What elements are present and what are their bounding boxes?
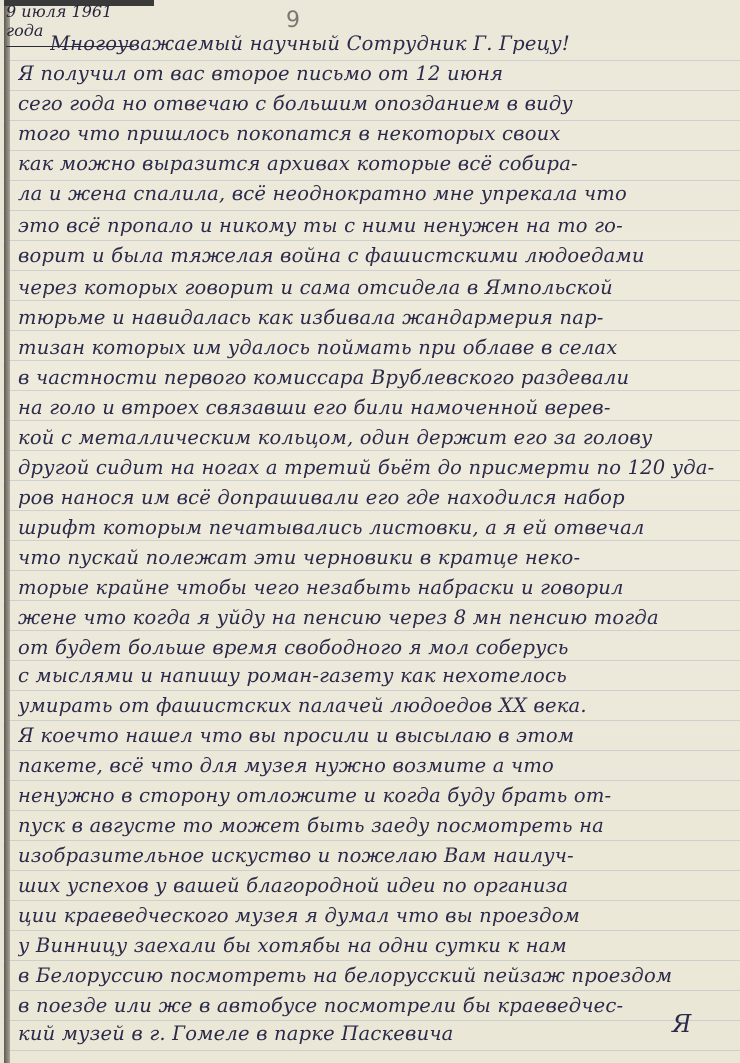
ruled-line xyxy=(4,960,740,961)
handwritten-line: с мыслями и напишу роман-газету как нехо… xyxy=(18,664,734,687)
letter-page: 9 июля 1961 года 9 Многоуважаемый научны… xyxy=(4,0,740,1063)
ruled-line xyxy=(4,300,740,301)
ruled-line xyxy=(4,480,740,481)
ruled-line xyxy=(4,930,740,931)
handwritten-line: тизан которых им удалось поймать при обл… xyxy=(18,336,734,359)
handwritten-line: в частности первого комиссара Врублевско… xyxy=(18,366,734,389)
handwritten-line: сего года но отвечаю с большим опоздание… xyxy=(18,92,734,115)
handwritten-line: ла и жена спалила, всё неоднократно мне … xyxy=(18,182,734,205)
ruled-line xyxy=(4,840,740,841)
handwritten-line: кий музей в г. Гомеле в парке Паскевича xyxy=(18,1022,734,1045)
ruled-line xyxy=(4,750,740,751)
handwritten-line: ших успехов у вашей благородной идеи по … xyxy=(18,874,734,897)
handwritten-line: в поезде или же в автобусе посмотрели бы… xyxy=(18,994,734,1017)
ruled-line xyxy=(4,150,740,151)
ruled-line xyxy=(4,1020,740,1021)
ruled-line xyxy=(4,450,740,451)
ruled-line xyxy=(4,240,740,241)
handwritten-line: жене что когда я уйду на пенсию через 8 … xyxy=(18,606,734,629)
ruled-line xyxy=(4,60,740,61)
ruled-line xyxy=(4,120,740,121)
handwritten-line: на голо и втроех связавши его били намоч… xyxy=(18,396,734,419)
ruled-line xyxy=(4,720,740,721)
handwritten-line: умирать от фашистских палачей людоедов X… xyxy=(18,694,734,717)
ruled-line xyxy=(4,360,740,361)
ruled-line xyxy=(4,390,740,391)
handwritten-line: что пускай полежат эти черновики в кратц… xyxy=(18,546,734,569)
handwritten-line: торые крайне чтобы чего незабыть набраск… xyxy=(18,576,734,599)
ruled-line xyxy=(4,1050,740,1051)
signature: Я xyxy=(672,1010,691,1038)
handwritten-line: у Винницу заехали бы хотябы на одни сутк… xyxy=(18,934,734,957)
handwritten-line: пакете, всё что для музея нужно возмите … xyxy=(18,754,734,777)
page-edge-shadow xyxy=(4,0,10,1063)
handwritten-line: это всё пропало и никому ты с ними ненуж… xyxy=(18,214,734,237)
handwritten-line: тюрьме и навидалась как избивала жандарм… xyxy=(18,306,734,329)
ruled-line xyxy=(4,330,740,331)
ruled-line xyxy=(4,210,740,211)
ruled-line xyxy=(4,180,740,181)
handwritten-line: ции краеведческого музея я думал что вы … xyxy=(18,904,734,927)
handwritten-line: ворит и была тяжелая война с фашистскими… xyxy=(18,244,734,267)
handwritten-line: шрифт которым печатывались листовки, а я… xyxy=(18,516,734,539)
handwritten-line: Многоуважаемый научный Сотрудник Г. Грец… xyxy=(50,32,734,55)
ruled-line xyxy=(4,990,740,991)
handwritten-line: другой сидит на ногах а третий бьёт до п… xyxy=(18,456,734,479)
ruled-line xyxy=(4,810,740,811)
ruled-line xyxy=(4,780,740,781)
ruled-line xyxy=(4,900,740,901)
ruled-line xyxy=(4,630,740,631)
handwritten-line: кой с металлическим кольцом, один держит… xyxy=(18,426,734,449)
handwritten-line: пуск в августе то может быть заеду посмо… xyxy=(18,814,734,837)
handwritten-line: Я получил от вас второе письмо от 12 июн… xyxy=(18,62,734,85)
handwritten-line: того что пришлось покопатся в некоторых … xyxy=(18,122,734,145)
ruled-line xyxy=(4,600,740,601)
ruled-line xyxy=(4,510,740,511)
page-number: 9 xyxy=(286,8,300,33)
ruled-line xyxy=(4,90,740,91)
handwritten-line: ров нанося им всё допрашивали его где на… xyxy=(18,486,734,509)
handwritten-line: Я коечто нашел что вы просили и высылаю … xyxy=(18,724,734,747)
ruled-line xyxy=(4,870,740,871)
ruled-line xyxy=(4,270,740,271)
ruled-line xyxy=(4,660,740,661)
handwritten-line: как можно выразится архивах которые всё … xyxy=(18,152,734,175)
handwritten-line: через которых говорит и сама отсидела в … xyxy=(18,276,734,299)
handwritten-line: в Белоруссию посмотреть на белорусский п… xyxy=(18,964,734,987)
handwritten-line: изобразительное искуство и пожелаю Вам н… xyxy=(18,844,734,867)
handwritten-line: ненужно в сторону отложите и когда буду … xyxy=(18,784,734,807)
ruled-line xyxy=(4,540,740,541)
ruled-line xyxy=(4,690,740,691)
ruled-line xyxy=(4,420,740,421)
handwritten-line: от будет больше время свободного я мол с… xyxy=(18,636,734,659)
ruled-line xyxy=(4,570,740,571)
